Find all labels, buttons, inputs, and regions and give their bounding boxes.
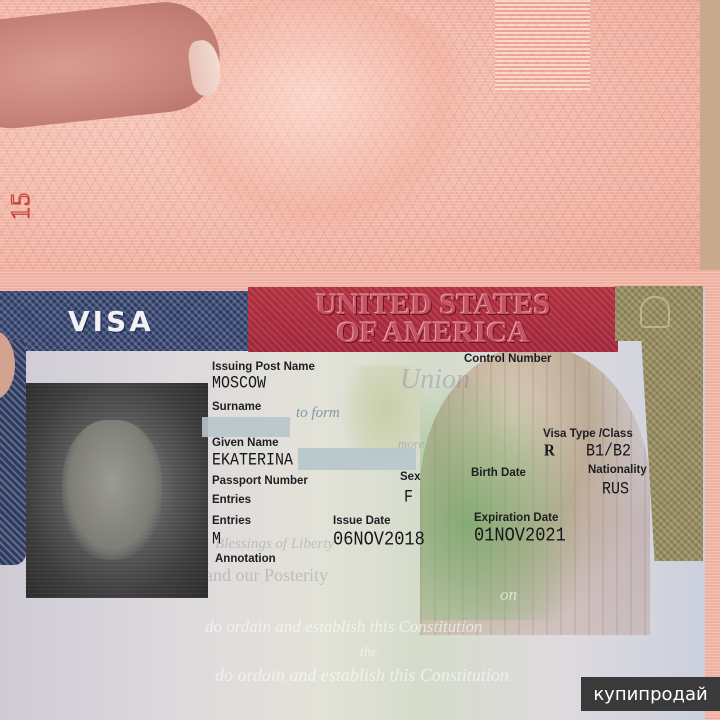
holder-photo-face (62, 420, 162, 560)
given-name-redaction (298, 448, 416, 470)
liberty-bell-icon (640, 296, 670, 328)
given-name-label: Given Name (212, 437, 278, 449)
visa-header-label: VISA (68, 305, 154, 338)
page-number: 15 (6, 186, 36, 220)
birth-date-label: Birth Date (471, 467, 526, 479)
green-security-print (420, 380, 580, 620)
issue-date-label: Issue Date (333, 515, 391, 527)
entries-value: M (212, 530, 221, 550)
issuing-post-name-label: Issuing Post Name (212, 361, 315, 373)
watermark-ordain-2: do ordain and establish this Constitutio… (215, 665, 509, 686)
nationality-value: RUS (602, 480, 629, 500)
expiration-date-value: 01NOV2021 (474, 526, 566, 548)
control-number-label: Control Number (464, 353, 552, 365)
passport-page-emblem (495, 0, 590, 90)
watermark-to-form: to form (296, 405, 340, 422)
expiration-date-label: Expiration Date (474, 512, 558, 524)
watermark-the: the (360, 645, 377, 661)
site-watermark-badge: купипродай (581, 677, 720, 711)
surname-label: Surname (212, 401, 261, 413)
watermark-ordain: do ordain and establish this Constitutio… (205, 617, 483, 637)
sex-value: F (404, 488, 413, 508)
nationality-label: Nationality (588, 464, 647, 476)
issuing-post-name-value: MOSCOW (212, 374, 266, 394)
visa-type-value: R (544, 442, 555, 462)
country-title: UNITED STATES OF AMERICA (268, 290, 598, 348)
issue-date-value: 06NOV2018 (333, 530, 425, 552)
annotation-label: Annotation (215, 553, 276, 565)
watermark-union: Union (400, 364, 470, 396)
sex-label: Sex (400, 471, 420, 483)
watermark-blessings: Blessings of Liberty (215, 536, 334, 553)
passport-number-label: Passport Number (212, 475, 308, 487)
entries-label-1: Entries (212, 494, 251, 506)
given-name-value: EKATERINA (212, 451, 293, 471)
visa-type-class-label: Visa Type /Class (543, 428, 633, 440)
surname-redaction (202, 417, 290, 437)
entries-label: Entries (212, 515, 251, 527)
country-title-line2: OF AMERICA (268, 318, 598, 348)
watermark-on: on (500, 585, 517, 605)
visa-class-value: B1/B2 (586, 442, 631, 462)
watermark-posterity: and our Posterity (205, 565, 328, 586)
